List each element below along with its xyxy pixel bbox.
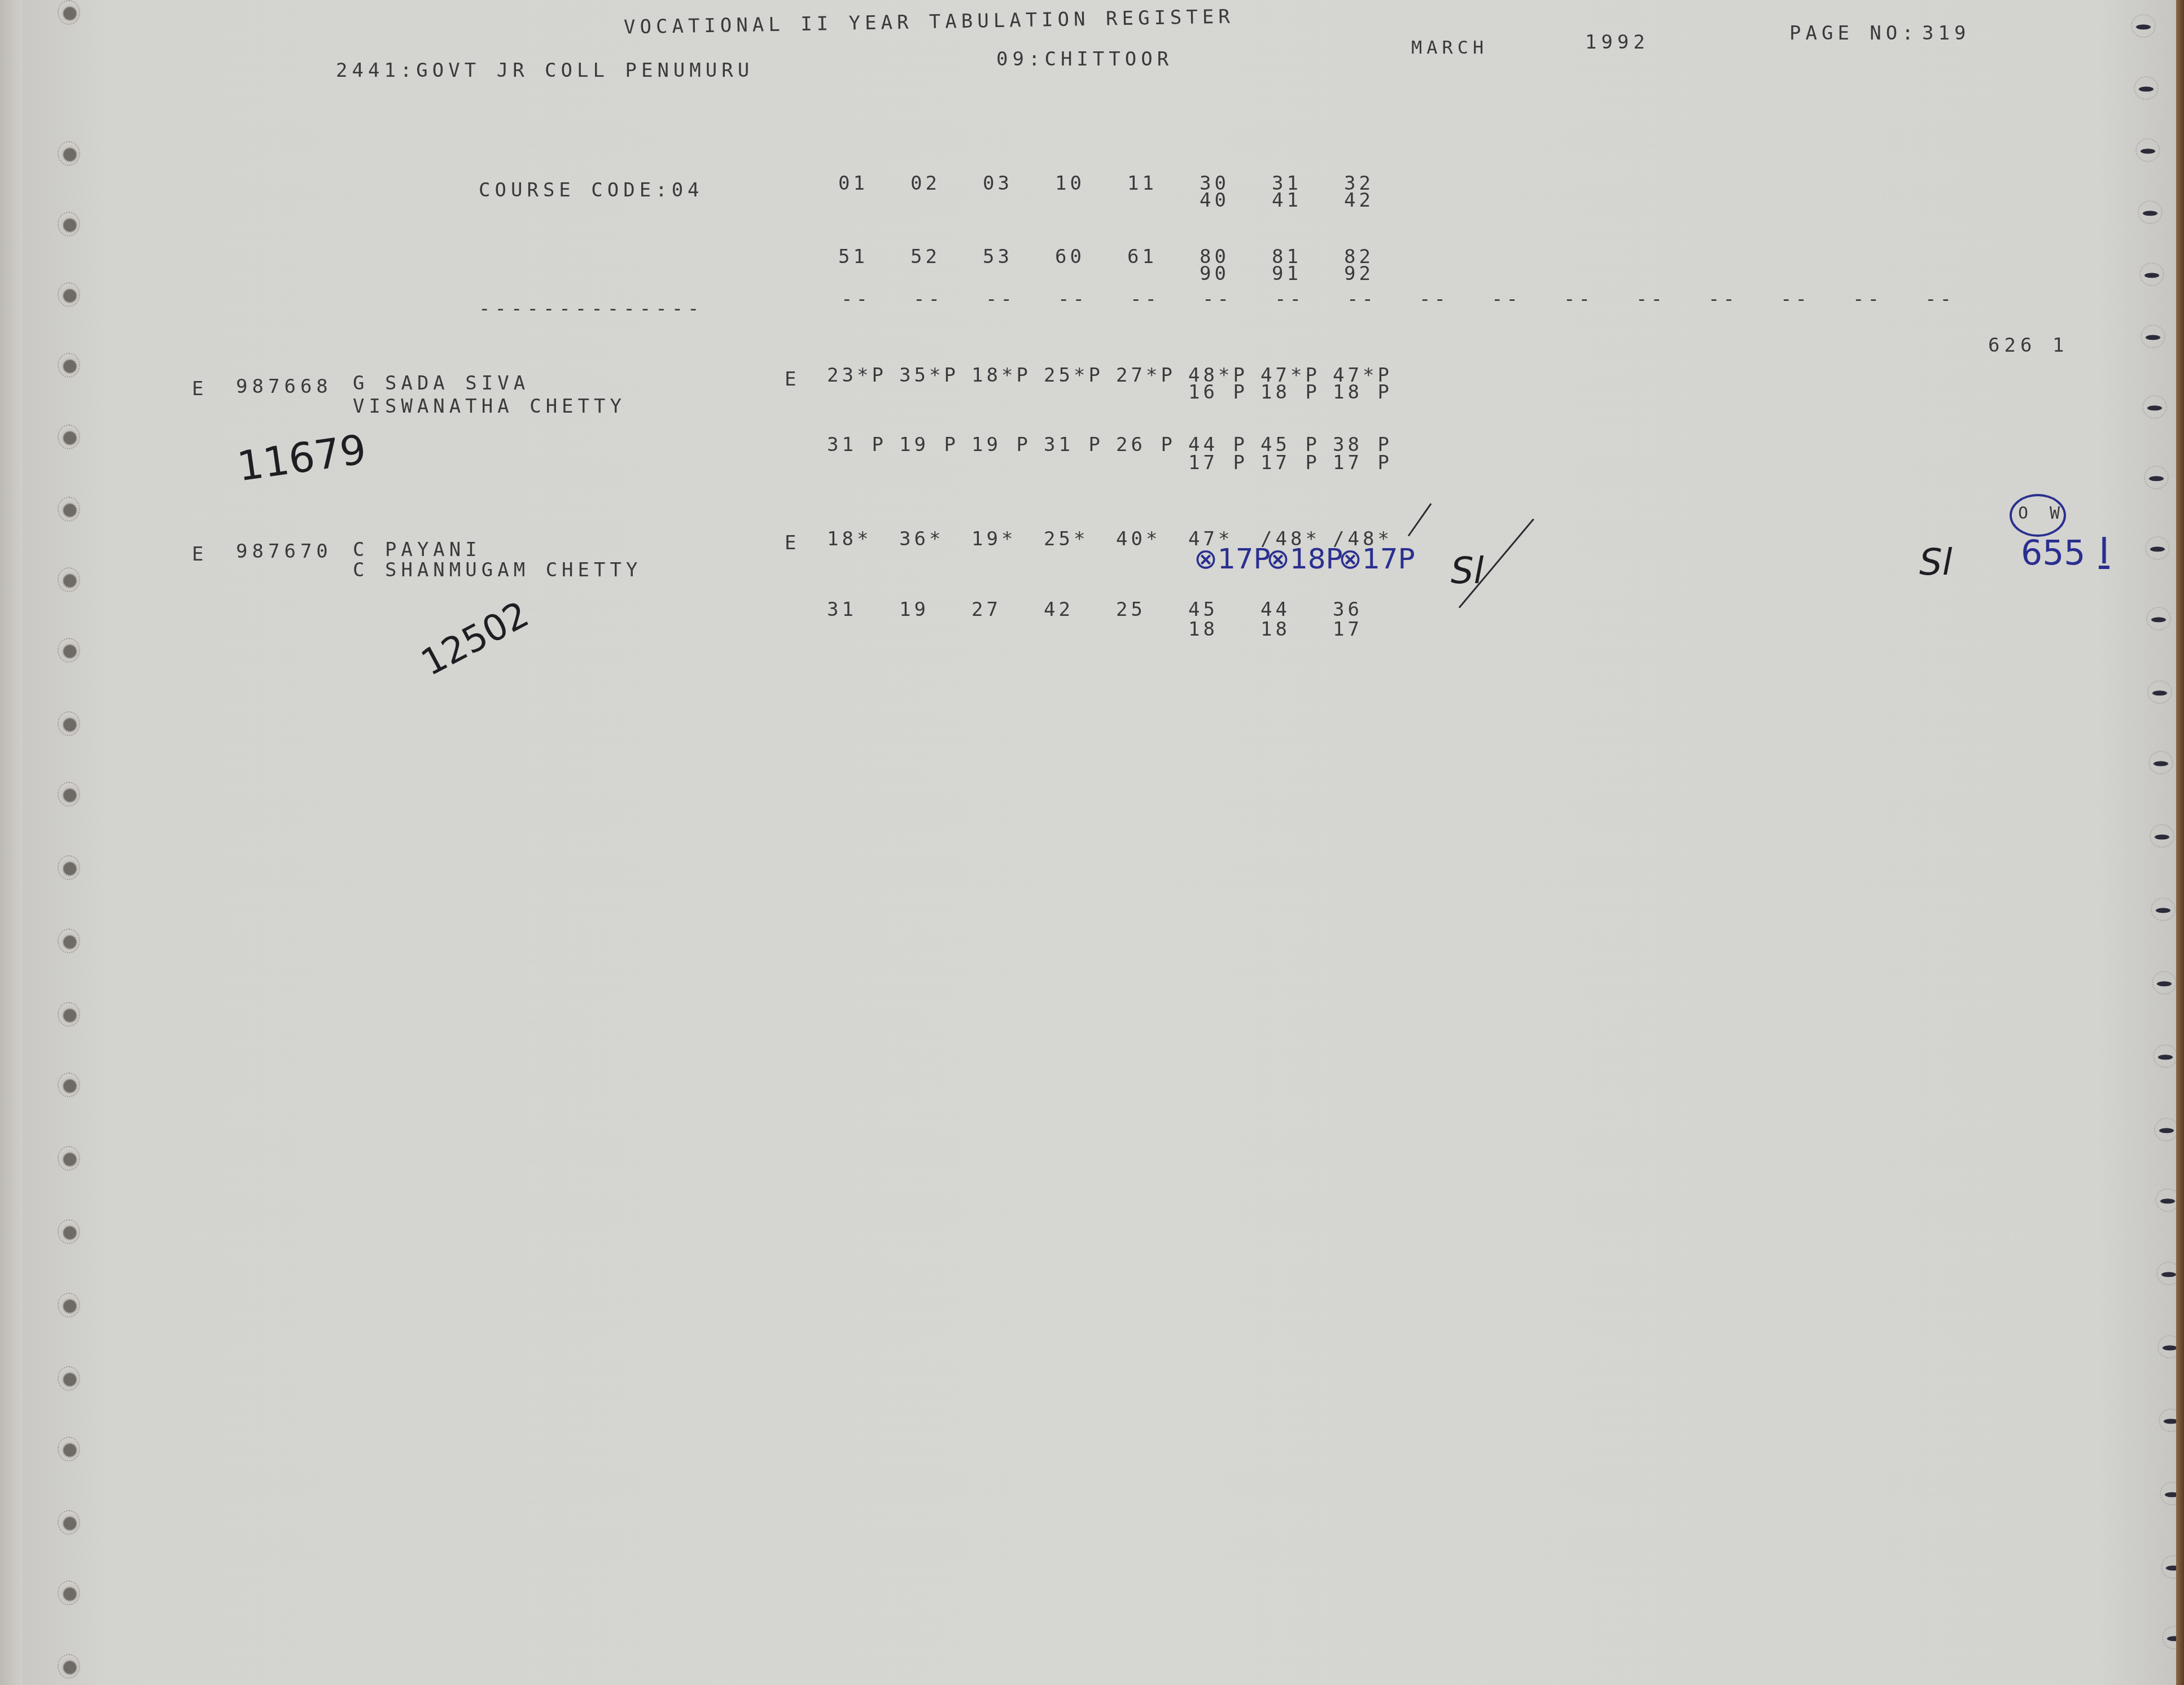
mark-cell: 18: [1188, 618, 1260, 641]
tractor-hole: [58, 1002, 80, 1027]
tractor-hole: [2145, 536, 2170, 560]
father-name: VISWANATHA CHETTY: [353, 397, 626, 416]
mark-cell: 36*: [899, 528, 971, 550]
tractor-hole: [2131, 14, 2156, 38]
tractor-hole: [2148, 751, 2173, 774]
mark-cell: 44: [1260, 598, 1333, 621]
tractor-hole: [2146, 607, 2171, 631]
tractor-hole: [2151, 898, 2176, 921]
subject-code: 11: [1127, 172, 1200, 195]
dash-separator: --: [841, 288, 913, 310]
dash-separator: --: [1275, 288, 1347, 310]
dash-separator: --: [1925, 288, 1997, 310]
page-label: PAGE NO:: [1789, 24, 1918, 43]
tractor-hole: [58, 1366, 80, 1391]
subject-code: 40: [1200, 189, 1272, 212]
table-edge: [2176, 0, 2184, 1685]
exam-month: MARCH: [1411, 38, 1488, 56]
dash-separator: --: [1780, 288, 1853, 310]
tractor-hole: [58, 1073, 80, 1097]
mark-cell: 18*: [827, 528, 899, 550]
roll-number: 987670: [236, 542, 332, 561]
tractor-hole: [2141, 325, 2165, 348]
handwritten-mark: ⊗17P: [1194, 545, 1266, 573]
tractor-hole: [2154, 1118, 2179, 1141]
year2-submarks-row: 18 18 17: [1188, 618, 1405, 641]
tractor-hole: [58, 353, 80, 378]
medium-code: E: [192, 379, 208, 399]
handwritten-mark: ⊗17P: [1338, 545, 1411, 573]
subject-code: 01: [838, 172, 911, 195]
tractor-hole: [58, 1293, 80, 1318]
dash-separator: --: [1853, 288, 1925, 310]
circled-ow-text: O W: [2018, 505, 2065, 522]
exam-year: 1992: [1585, 33, 1649, 52]
tractor-hole: [2138, 200, 2163, 224]
mark-cell: 17 P: [1188, 452, 1260, 474]
page-number: 319: [1922, 24, 1970, 43]
tractor-hole: [2134, 76, 2159, 100]
dash-separator: --: [1202, 288, 1275, 310]
subject-code: 90: [1200, 262, 1272, 285]
dash-separator: --: [1564, 288, 1636, 310]
dash-separator: --: [986, 288, 1058, 310]
exam-medium: E: [785, 533, 800, 553]
mark-cell: 31 P: [827, 434, 899, 456]
year1-submarks-handwritten: ⊗17P ⊗18P ⊗17P: [1194, 545, 1411, 573]
mark-cell: 19*: [971, 528, 1044, 550]
subject-code: 51: [838, 246, 911, 268]
mark-cell: 19 P: [899, 434, 971, 456]
subject-subcodes-row2: 90 91 92: [1200, 262, 1416, 285]
mark-cell: 19: [899, 598, 971, 621]
dash-separator: --: [1419, 288, 1491, 310]
tractor-hole: [58, 1146, 80, 1171]
tractor-hole: [58, 424, 80, 449]
mark-cell: 23*P: [827, 364, 899, 387]
subject-subcodes-row1: 40 41 42: [1200, 189, 1416, 212]
dash-separator: --: [913, 288, 986, 310]
subject-code: 53: [983, 246, 1055, 268]
subject-code: 91: [1272, 262, 1344, 285]
subject-code: 10: [1055, 172, 1127, 195]
tractor-hole: [58, 929, 80, 953]
subject-code: 03: [983, 172, 1055, 195]
mark-cell: 17 P: [1333, 452, 1405, 474]
dash-separator: --: [1636, 288, 1708, 310]
tractor-hole: [58, 855, 80, 880]
mark-cell: 40*: [1116, 528, 1188, 550]
course-code: COURSE CODE:04: [479, 181, 704, 200]
tractor-hole: [2142, 395, 2167, 419]
subject-code: 42: [1344, 189, 1416, 212]
district-name: 09:CHITTOOR: [996, 50, 1173, 69]
tractor-hole: [58, 212, 80, 237]
tractor-hole: [2147, 680, 2172, 704]
mark-cell: 19 P: [971, 434, 1044, 456]
subject-code: 41: [1272, 189, 1344, 212]
mark-cell: 17: [1333, 618, 1405, 641]
tractor-hole: [2135, 138, 2160, 162]
year2-submarks-row: 17 P 17 P 17 P: [1188, 452, 1405, 474]
tractor-hole: [2150, 824, 2174, 848]
year2-marks-row: 31 19 27 42 25 45 44 36: [827, 598, 1405, 621]
course-code-underline: --------------: [479, 299, 704, 318]
tractor-hole: [58, 0, 80, 25]
mark-cell: 16 P: [1188, 381, 1260, 404]
dash-separator: --: [1130, 288, 1202, 310]
student-name: C PAYANI: [353, 540, 482, 559]
dash-separator: --: [1491, 288, 1564, 310]
binding-edge: [0, 0, 24, 1685]
tractor-hole: [2152, 971, 2177, 995]
tractor-hole: [58, 282, 80, 307]
mark-cell: 17 P: [1260, 452, 1333, 474]
mark-cell: 25: [1116, 598, 1188, 621]
handwritten-total: 655: [2021, 536, 2086, 570]
tractor-hole: [58, 638, 80, 663]
roll-number: 987668: [236, 377, 332, 396]
handwritten-class: I: [2099, 533, 2109, 570]
dash-separator-row: -- -- -- -- -- -- -- -- -- -- -- -- -- -…: [841, 288, 1997, 310]
tractor-hole: [58, 782, 80, 807]
mark-cell: 25*: [1044, 528, 1116, 550]
total-marks: 626 1: [1988, 336, 2068, 355]
college-name: 2441:GOVT JR COLL PENUMURU: [336, 61, 754, 80]
tractor-hole: [58, 1581, 80, 1605]
subject-code: 60: [1055, 246, 1127, 268]
mark-cell: 31: [827, 598, 899, 621]
mark-cell: 31 P: [1044, 434, 1116, 456]
tractor-hole: [58, 1510, 80, 1535]
subject-code: 92: [1344, 262, 1416, 285]
handwritten-mark: ⊗18P: [1266, 545, 1338, 573]
father-name: C SHANMUGAM CHETTY: [353, 561, 642, 580]
initials-signature: Sl: [1919, 545, 1952, 581]
tractor-hole: [58, 1219, 80, 1244]
year1-submarks-row: 16 P 18 P 18 P: [1188, 381, 1405, 404]
dash-separator: --: [1058, 288, 1130, 310]
tractor-hole: [58, 567, 80, 592]
tractor-hole: [2144, 466, 2169, 489]
tractor-hole: [2153, 1044, 2178, 1068]
mark-cell: 42: [1044, 598, 1116, 621]
medium-code: E: [192, 545, 208, 564]
tractor-hole: [58, 1437, 80, 1461]
mark-cell: 18 P: [1333, 381, 1405, 404]
student-name: G SADA SIVA: [353, 374, 529, 393]
mark-cell: 18: [1260, 618, 1333, 641]
mark-cell: 27: [971, 598, 1044, 621]
mark-cell: 27*P: [1116, 364, 1188, 387]
mark-cell: 26 P: [1116, 434, 1188, 456]
mark-cell: 25*P: [1044, 364, 1116, 387]
subject-code: 61: [1127, 246, 1200, 268]
dash-separator: --: [1708, 288, 1780, 310]
exam-medium: E: [785, 370, 800, 389]
mark-cell: 35*P: [899, 364, 971, 387]
dash-separator: --: [1347, 288, 1419, 310]
mark-cell: 18*P: [971, 364, 1044, 387]
initials-signature: Sl: [1451, 553, 1483, 589]
tractor-hole: [58, 141, 80, 166]
subject-code: 02: [911, 172, 983, 195]
mark-cell: 45: [1188, 598, 1260, 621]
subject-code: 52: [911, 246, 983, 268]
mark-cell: 18 P: [1260, 381, 1333, 404]
mark-cell: 36: [1333, 598, 1405, 621]
tractor-hole: [2139, 262, 2164, 286]
tractor-hole: [58, 497, 80, 522]
tractor-hole: [58, 711, 80, 736]
tractor-hole: [58, 1654, 80, 1679]
